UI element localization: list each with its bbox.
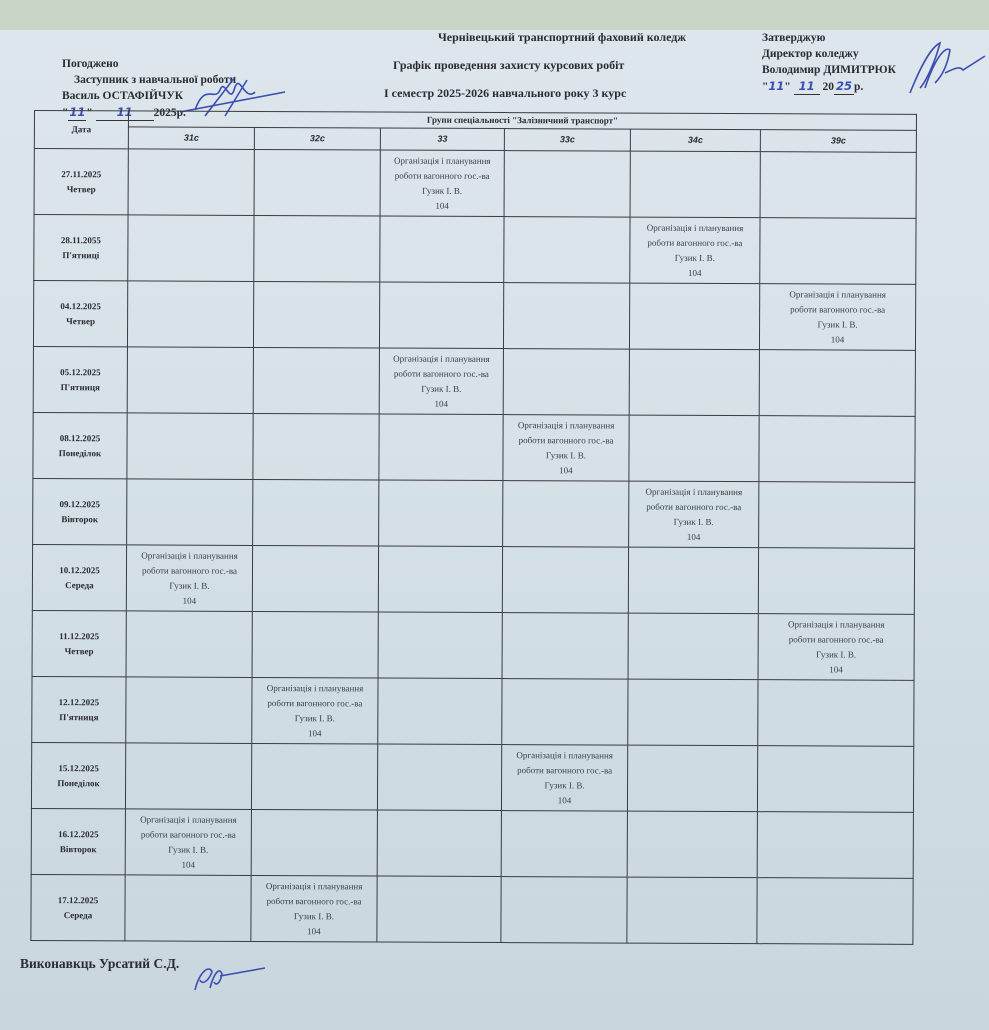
date-cell: 15.12.2025Понеділок — [31, 742, 125, 808]
empty-cell — [127, 347, 253, 414]
empty-cell — [125, 875, 251, 942]
subject-line1: Організація і планування — [631, 484, 756, 500]
defense-entry: Організація і плануванняроботи вагонного… — [126, 545, 252, 612]
teacher-name: Гузик І. В. — [505, 448, 626, 464]
empty-cell — [759, 482, 915, 549]
empty-cell — [759, 350, 915, 417]
empty-cell — [254, 149, 380, 216]
table-row: 28.11.2055П'ятниціОрганізація і плануван… — [34, 215, 916, 285]
approve-date-day: 11 — [768, 79, 784, 93]
empty-cell — [757, 878, 913, 945]
defense-entry: Організація і плануванняроботи вагонного… — [379, 348, 503, 415]
empty-cell — [126, 611, 252, 678]
empty-cell — [628, 679, 758, 746]
subject-line1: Організація і планування — [504, 748, 625, 764]
empty-cell — [254, 215, 380, 282]
date-value: 09.12.2025 — [35, 497, 124, 512]
subject-line2: роботи вагонного гос.-ва — [632, 235, 757, 251]
defense-entry: Організація і плануванняроботи вагонного… — [252, 677, 378, 744]
subject-line2: роботи вагонного гос.-ва — [254, 695, 375, 711]
defense-entry: Організація і плануванняроботи вагонного… — [380, 150, 504, 217]
approve-date-year-prefix: 20 — [823, 81, 835, 93]
empty-cell — [378, 678, 502, 745]
table-row: 04.12.2025ЧетверОрганізація і планування… — [33, 281, 915, 351]
schedule-table: Дата Групи спеціальності "Залізничний тр… — [30, 110, 917, 945]
date-value: 15.12.2025 — [34, 761, 123, 776]
empty-cell — [128, 149, 254, 216]
date-value: 10.12.2025 — [35, 563, 124, 578]
empty-cell — [127, 281, 253, 348]
date-value: 28.11.2055 — [36, 233, 125, 248]
table-row: 27.11.2025ЧетверОрганізація і планування… — [34, 149, 916, 219]
empty-cell — [502, 613, 628, 680]
date-cell: 28.11.2055П'ятниці — [34, 215, 128, 281]
empty-cell — [757, 746, 913, 813]
group-column-header: 32с — [254, 127, 380, 150]
subject-line2: роботи вагонного гос.-ва — [504, 763, 625, 779]
executor-label: Виконавкць Урсатий С.Д. — [20, 956, 179, 972]
group-column-header: 33 — [380, 128, 504, 151]
defense-entry: Організація і плануванняроботи вагонного… — [251, 875, 377, 942]
empty-cell — [379, 414, 503, 481]
room-number: 104 — [382, 396, 501, 412]
subject-line1: Організація і планування — [632, 220, 757, 236]
group-column-header: 33с — [504, 129, 630, 152]
date-cell: 05.12.2025П'ятниця — [33, 346, 127, 412]
subject-line1: Організація і планування — [762, 287, 913, 303]
empty-cell — [253, 347, 379, 414]
table-row: 08.12.2025ПонеділокОрганізація і планува… — [33, 412, 915, 482]
approval-block: Затверджую Директор коледжу Володимир ДИ… — [762, 30, 896, 95]
group-column-header: 34с — [630, 129, 760, 152]
subject-line1: Організація і планування — [129, 548, 250, 564]
empty-cell — [759, 416, 915, 483]
date-value: 05.12.2025 — [36, 365, 125, 380]
date-cell: 04.12.2025Четвер — [33, 281, 127, 347]
defense-entry: Організація і плануванняроботи вагонного… — [758, 614, 914, 681]
empty-cell — [630, 151, 760, 218]
date-cell: 17.12.2025Середа — [31, 874, 125, 940]
subject-line2: роботи вагонного гос.-ва — [129, 563, 250, 579]
document-title: Графік проведення захисту курсових робіт — [393, 58, 624, 73]
date-cell: 10.12.2025Середа — [32, 544, 126, 610]
room-number: 104 — [632, 265, 757, 281]
empty-cell — [629, 415, 759, 482]
teacher-name: Гузик І. В. — [762, 317, 913, 333]
room-number: 104 — [505, 463, 626, 479]
date-value: 04.12.2025 — [36, 299, 125, 314]
approve-label: Затверджую — [762, 30, 896, 46]
empty-cell — [758, 680, 914, 747]
teacher-name: Гузик І. В. — [632, 250, 757, 266]
subject-line1: Організація і планування — [128, 812, 249, 828]
empty-cell — [503, 283, 629, 350]
date-value: 08.12.2025 — [36, 431, 125, 446]
weekday: Вівторок — [34, 842, 123, 857]
empty-cell — [125, 743, 251, 810]
empty-cell — [502, 679, 628, 746]
room-number: 104 — [504, 793, 625, 809]
date-value: 16.12.2025 — [34, 827, 123, 842]
empty-cell — [504, 217, 630, 284]
weekday: Понеділок — [34, 776, 123, 791]
date-cell: 08.12.2025Понеділок — [33, 412, 127, 478]
teacher-name: Гузик І. В. — [631, 514, 756, 530]
empty-cell — [252, 611, 378, 678]
weekday: Понеділок — [35, 446, 124, 461]
defense-entry: Організація і плануванняроботи вагонного… — [630, 217, 760, 284]
teacher-name: Гузик І. В. — [253, 908, 374, 924]
subject-line2: роботи вагонного гос.-ва — [382, 366, 501, 382]
weekday: П'ятниця — [34, 710, 123, 725]
weekday: Середа — [35, 578, 124, 593]
empty-cell — [379, 480, 503, 547]
room-number: 104 — [762, 332, 913, 348]
table-row: 10.12.2025СередаОрганізація і планування… — [32, 544, 914, 614]
subject-line2: роботи вагонного гос.-ва — [254, 893, 375, 909]
defense-entry: Організація і плануванняроботи вагонного… — [759, 284, 915, 351]
empty-cell — [253, 413, 379, 480]
date-value: 17.12.2025 — [34, 893, 123, 908]
subject-line2: роботи вагонного гос.-ва — [631, 499, 756, 515]
date-cell: 27.11.2025Четвер — [34, 149, 128, 215]
empty-cell — [128, 215, 254, 282]
empty-cell — [502, 547, 628, 614]
teacher-name: Гузик І. В. — [128, 842, 249, 858]
empty-cell — [377, 876, 501, 943]
empty-cell — [629, 283, 759, 350]
date-cell: 16.12.2025Вівторок — [31, 808, 125, 874]
weekday: Четвер — [36, 314, 125, 329]
table-row: 09.12.2025ВівторокОрганізація і плануван… — [33, 478, 915, 548]
subject-line2: роботи вагонного гос.-ва — [506, 433, 627, 449]
group-column-header: 31с — [128, 127, 254, 150]
approve-date-month: 11 — [794, 78, 820, 95]
empty-cell — [377, 744, 501, 811]
subject-line2: роботи вагонного гос.-ва — [128, 827, 249, 843]
subject-line1: Організація і планування — [761, 617, 912, 633]
empty-cell — [758, 548, 914, 615]
date-cell: 11.12.2025Четвер — [32, 610, 126, 676]
weekday: Середа — [33, 908, 122, 923]
approve-name: Володимир ДИМИТРЮК — [762, 62, 896, 78]
empty-cell — [127, 479, 253, 546]
table-row: 17.12.2025СередаОрганізація і планування… — [31, 874, 913, 944]
empty-cell — [628, 613, 758, 680]
empty-cell — [253, 281, 379, 348]
approve-date-year-suffix: 25 — [834, 78, 854, 95]
agreed-label: Погоджено — [62, 56, 236, 72]
empty-cell — [378, 546, 502, 613]
empty-cell — [760, 218, 916, 285]
empty-cell — [379, 282, 503, 349]
subject-line2: роботи вагонного гос.-ва — [761, 632, 912, 648]
empty-cell — [253, 479, 379, 546]
subject-line1: Організація і планування — [382, 351, 501, 367]
subject-line2: роботи вагонного гос.-ва — [383, 168, 502, 184]
college-name: Чернівецький транспортний фаховий коледж — [438, 30, 686, 45]
defense-entry: Організація і плануванняроботи вагонного… — [503, 415, 629, 482]
empty-cell — [627, 811, 757, 878]
room-number: 104 — [631, 529, 756, 545]
empty-cell — [378, 612, 502, 679]
date-column-header: Дата — [34, 111, 128, 149]
subject-line2: роботи вагонного гос.-ва — [762, 302, 913, 318]
teacher-name: Гузик І. В. — [383, 183, 502, 199]
room-number: 104 — [254, 725, 375, 741]
approve-date-year-end: р. — [854, 81, 863, 93]
empty-cell — [501, 877, 627, 944]
empty-cell — [628, 547, 758, 614]
defense-entry: Організація і плануванняроботи вагонного… — [125, 809, 251, 876]
teacher-name: Гузик І. В. — [504, 778, 625, 794]
table-row: 05.12.2025П'ятницяОрганізація і плануван… — [33, 346, 915, 416]
empty-cell — [252, 545, 378, 612]
empty-cell — [251, 809, 377, 876]
weekday: Четвер — [35, 644, 124, 659]
table-row: 11.12.2025ЧетверОрганізація і планування… — [32, 610, 914, 680]
teacher-name: Гузик І. В. — [129, 578, 250, 594]
weekday: Вівторок — [35, 512, 124, 527]
empty-cell — [501, 811, 627, 878]
semester-label: I семестр 2025-2026 навчального року 3 к… — [384, 86, 626, 101]
subject-line1: Організація і планування — [254, 680, 375, 696]
group-column-header: 39с — [760, 130, 916, 153]
empty-cell — [757, 812, 913, 879]
weekday: П'ятниці — [36, 248, 125, 263]
empty-cell — [627, 745, 757, 812]
empty-cell — [629, 349, 759, 416]
weekday: П'ятниця — [36, 380, 125, 395]
teacher-name: Гузик І. В. — [382, 381, 501, 397]
empty-cell — [503, 481, 629, 548]
date-value: 27.11.2025 — [37, 167, 126, 182]
empty-cell — [126, 677, 252, 744]
defense-entry: Організація і плануванняроботи вагонного… — [629, 481, 759, 548]
date-value: 11.12.2025 — [35, 629, 124, 644]
empty-cell — [380, 216, 504, 283]
table-row: 16.12.2025ВівторокОрганізація і плануван… — [31, 808, 913, 878]
date-value: 12.12.2025 — [34, 695, 123, 710]
empty-cell — [627, 877, 757, 944]
executor-signature-icon — [190, 960, 270, 994]
table-row: 15.12.2025ПонеділокОрганізація і планува… — [31, 742, 913, 812]
empty-cell — [503, 349, 629, 416]
weekday: Четвер — [37, 182, 126, 197]
room-number: 104 — [253, 923, 374, 939]
room-number: 104 — [128, 857, 249, 873]
subject-line1: Організація і планування — [383, 153, 502, 169]
empty-cell — [251, 743, 377, 810]
subject-line1: Організація і планування — [254, 878, 375, 894]
empty-cell — [760, 152, 916, 219]
date-cell: 12.12.2025П'ятниця — [32, 676, 126, 742]
date-cell: 09.12.2025Вівторок — [33, 478, 127, 544]
room-number: 104 — [383, 198, 502, 214]
teacher-name: Гузик І. В. — [761, 647, 912, 663]
empty-cell — [504, 151, 630, 218]
approve-position: Директор коледжу — [762, 46, 896, 62]
room-number: 104 — [129, 593, 250, 609]
teacher-name: Гузик І. В. — [254, 710, 375, 726]
table-row: 12.12.2025П'ятницяОрганізація і плануван… — [32, 676, 914, 746]
empty-cell — [377, 810, 501, 877]
empty-cell — [127, 413, 253, 480]
director-signature-icon — [905, 38, 989, 98]
defense-entry: Організація і плануванняроботи вагонного… — [501, 745, 627, 812]
room-number: 104 — [761, 662, 912, 678]
subject-line1: Організація і планування — [506, 418, 627, 434]
approve-date: "11" 11 2025р. — [762, 78, 896, 95]
